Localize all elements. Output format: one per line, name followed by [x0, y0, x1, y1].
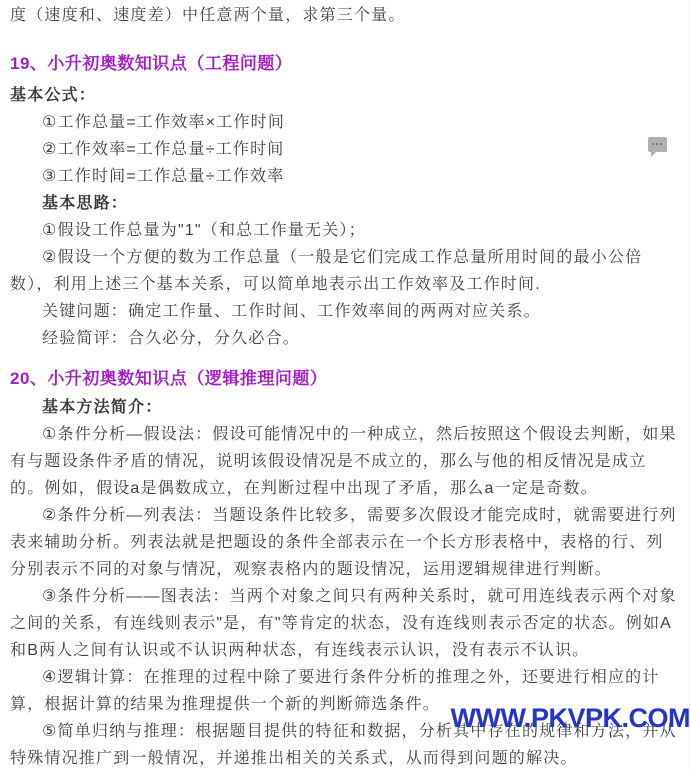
approach-item-2: ②假设一个方便的数为工作总量（一般是它们完成工作总量所用时间的最小公倍数），利用…	[10, 244, 677, 298]
method-item-4: ④逻辑计算：在推理的过程中除了要进行条件分析的推理之外，还要进行相应的计算，根据…	[10, 664, 677, 718]
section-20-methods-label: 基本方法简介：	[10, 394, 677, 421]
comment-bubble-icon[interactable]	[648, 137, 667, 152]
key-question-line: 关键问题：确定工作量、工作时间、工作效率间的两两对应关系。	[10, 298, 677, 325]
comment-bubble-tail	[651, 151, 657, 157]
approach-item-1: ①假设工作总量为"1"（和总工作量无关）；	[10, 217, 677, 244]
experience-note-line: 经验简评：合久必分，分久必合。	[10, 325, 677, 352]
method-item-1: ①条件分析—假设法：假设可能情况中的一种成立，然后按照这个假设去判断，如果有与题…	[10, 421, 677, 502]
method-item-5: ⑤简单归纳与推理：根据题目提供的特征和数据，分析其中存在的规律和方法，并从特殊情…	[10, 718, 677, 770]
method-item-2: ②条件分析—列表法：当题设条件比较多，需要多次假设才能完成时，就需要进行列表来辅…	[10, 502, 677, 583]
formula-item-1: ①工作总量=工作效率×工作时间	[10, 109, 677, 136]
section-19-heading: 19、小升初奥数知识点（工程问题）	[10, 53, 677, 75]
formula-item-2: ②工作效率=工作总量÷工作时间	[10, 136, 677, 163]
section-20-heading: 20、小升初奥数知识点（逻辑推理问题）	[10, 368, 677, 390]
section-19-approach-label: 基本思路：	[10, 190, 677, 217]
document-page: 度（速度和、速度差）中任意两个量，求第三个量。 19、小升初奥数知识点（工程问题…	[0, 0, 690, 770]
formula-item-3: ③工作时间=工作总量÷工作效率	[10, 163, 677, 190]
paragraph-intro-continuation: 度（速度和、速度差）中任意两个量，求第三个量。	[10, 2, 677, 29]
method-item-3: ③条件分析——图表法：当两个对象之间只有两种关系时，就可用连线表示两个对象之间的…	[10, 583, 677, 664]
section-19-formula-label: 基本公式：	[10, 82, 677, 109]
comment-ellipsis-dots	[652, 143, 654, 145]
